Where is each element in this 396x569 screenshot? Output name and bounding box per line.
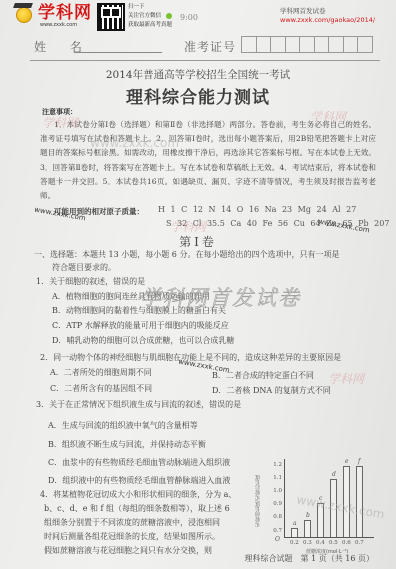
- question-2-stem: 2．同一动物个体的神经细胞与肌细胞在功能上是不同的，造成这种差异的主要原因是: [40, 351, 380, 364]
- exam-time: 9:00: [180, 13, 198, 22]
- qr-line-1: 扫一下: [128, 3, 172, 12]
- question-4-line-3: 组细条分别置于不同浓度的蔗糖溶液中，浸泡相同: [44, 516, 220, 529]
- header-divider: [30, 60, 380, 61]
- x-axis: [284, 537, 374, 538]
- x-tick-label: 0.2: [290, 540, 299, 546]
- exam-id-digit-box[interactable]: [299, 36, 315, 53]
- section-line-2: 符合题目要求的。: [34, 261, 376, 274]
- exam-id-digit-box[interactable]: [270, 36, 286, 53]
- x-tick-label: 0.3: [303, 540, 312, 546]
- wechat-icon: [166, 13, 172, 19]
- q2-option-a: A．二者所处的细胞周期不同: [50, 366, 152, 379]
- q3-option-b: B．组织液不断生成与回流，并保持动态平衡: [48, 438, 206, 451]
- name-field[interactable]: [74, 52, 162, 53]
- q2-option-b: B．二者合成的特定蛋白不同: [212, 369, 314, 382]
- chart-bar-d: [330, 479, 337, 537]
- atomic-masses-row-1: H 1 C 12 N 14 O 16 Na 23 Mg 24 Al 27: [158, 205, 356, 214]
- chart-bar-c: [317, 503, 324, 537]
- y-tick-label: 0.8: [268, 514, 282, 520]
- exam-id-digit-box[interactable]: [256, 36, 272, 53]
- atomic-masses-row-2: S 32 Cl 35.5 Ca 40 Fe 56 Cu 64 Zn 65 Pb …: [166, 219, 389, 228]
- q3-option-a: A．生成与回流的组织液中氧气的含量相等: [48, 419, 198, 432]
- q2-option-d: D．二者核 DNA 的复制方式不同: [212, 384, 331, 397]
- qr-line-3: 获取最新高考真题: [128, 21, 172, 30]
- notice-body: 1．本试卷分第Ⅰ卷（选择题）和第Ⅱ卷（非选择题）两部分。答卷前，考生务必将自己的…: [40, 118, 376, 203]
- chart-bar-e: [343, 466, 350, 537]
- zxxk-logo[interactable]: 学科网 www.zxxk.com: [16, 3, 96, 29]
- question-4-line-2: b、c、d、e 和 f 组（每组的细条数相等），取上述 6: [44, 502, 230, 515]
- exam-id-digit-box[interactable]: [314, 36, 330, 53]
- exam-id-digit-box[interactable]: [328, 36, 344, 53]
- exam-id-digit-box[interactable]: [241, 36, 257, 53]
- y-tick-label: 0.7: [268, 528, 282, 534]
- section-instructions: 一、选择题：本题共 13 小题，每小题 6 分。在每小题给出的四个选项中，只有一…: [34, 248, 376, 274]
- q1-option-c: C．ATP 水解释放的能量可用于细胞内的吸能反应: [52, 319, 229, 332]
- page-footer: 理科综合试题 第 1 页（共 16 页）: [0, 553, 392, 564]
- qr-code-icon: [97, 3, 125, 31]
- bar-label: a: [293, 520, 297, 527]
- bar-label: c: [319, 495, 322, 502]
- y-tick-label: 1.0: [268, 488, 282, 494]
- x-tick-label: 0.5: [329, 540, 338, 546]
- y-tick-label: 1.2: [268, 462, 282, 468]
- atomic-masses-label: 可能用到的相对原子质量：: [54, 206, 144, 217]
- bar-label: e: [345, 458, 349, 465]
- bar-label: f: [358, 458, 360, 465]
- page-title: 理科综合能力测试: [0, 83, 396, 108]
- y-tick-label: 1.1: [268, 475, 282, 481]
- x-tick-label: 0.4: [316, 540, 325, 546]
- length-ratio-bar-chart: 实验前长度/实验后长度 蔗糖浓度(mol·L⁻¹) O 0.70.80.91.0…: [262, 455, 382, 555]
- graduation-cap-icon: [13, 3, 33, 8]
- q3-option-c: C．血浆中的有些物质经毛细血管动脉端进入组织液: [48, 456, 230, 469]
- logo-text: 学科网: [38, 3, 92, 23]
- mascot-icon: [16, 7, 32, 23]
- origin-label: O: [275, 536, 280, 543]
- exam-id-label: 准考证号: [184, 38, 236, 55]
- x-tick-label: 0.7: [355, 540, 364, 546]
- exam-id-digit-box[interactable]: [357, 36, 373, 53]
- q1-option-b: B．动物细胞间的黏着性与细胞膜上的糖蛋白有关: [52, 304, 226, 317]
- chart-bar-a: [291, 528, 298, 537]
- y-axis: [284, 459, 285, 537]
- q3-option-d: D．组织液中的有些物质经毛细血管静脉端进入血液: [48, 474, 230, 487]
- watermark-logo: 学科网: [328, 370, 364, 387]
- bar-label: d: [332, 471, 336, 478]
- y-tick-label: 0.9: [268, 501, 282, 507]
- chart-bar-f: [356, 466, 363, 537]
- exam-id-digit-box[interactable]: [285, 36, 301, 53]
- question-3-stem: 3．关于在正常情况下组织液生成与回流的叙述，错误的是: [36, 398, 241, 411]
- exam-id-digit-box[interactable]: [343, 36, 359, 53]
- question-1-stem: 1．关于细胞的叙述，错误的是: [36, 275, 145, 288]
- question-4-line-1: 4．将某植物花冠切成大小和形状相同的细条，分为 a、: [40, 488, 236, 501]
- chart-bar-b: [304, 520, 311, 537]
- site-url-link[interactable]: www.zxxk.com/gaokao/2014/: [280, 16, 375, 24]
- q2-option-c: C．二者所含有的基因组不同: [50, 382, 152, 395]
- site-title: 学科网首发试卷: [280, 6, 326, 15]
- bar-label: b: [306, 512, 310, 519]
- exam-id-boxes: [242, 36, 373, 53]
- y-axis-label: 实验前长度/实验后长度: [254, 475, 261, 527]
- logo-url: www.zxxk.com: [40, 22, 77, 28]
- section-line-1: 一、选择题：本题共 13 小题，每小题 6 分。在每小题给出的四个选项中，只有一…: [34, 250, 339, 259]
- q1-option-a: A．植物细胞的胞间连丝具有物质运输的作用: [52, 290, 210, 303]
- question-4-line-4: 时间后测量各组花冠细条的长度，结果如图所示。: [44, 530, 220, 543]
- x-tick-label: 0.6: [342, 540, 351, 546]
- q1-option-d: D．哺乳动物的细胞可以合成蔗糖，也可以合成乳糖: [52, 334, 234, 347]
- exam-title: 2014年普通高等学校招生全国统一考试: [0, 67, 396, 82]
- notice-label: 注意事项：: [42, 107, 77, 117]
